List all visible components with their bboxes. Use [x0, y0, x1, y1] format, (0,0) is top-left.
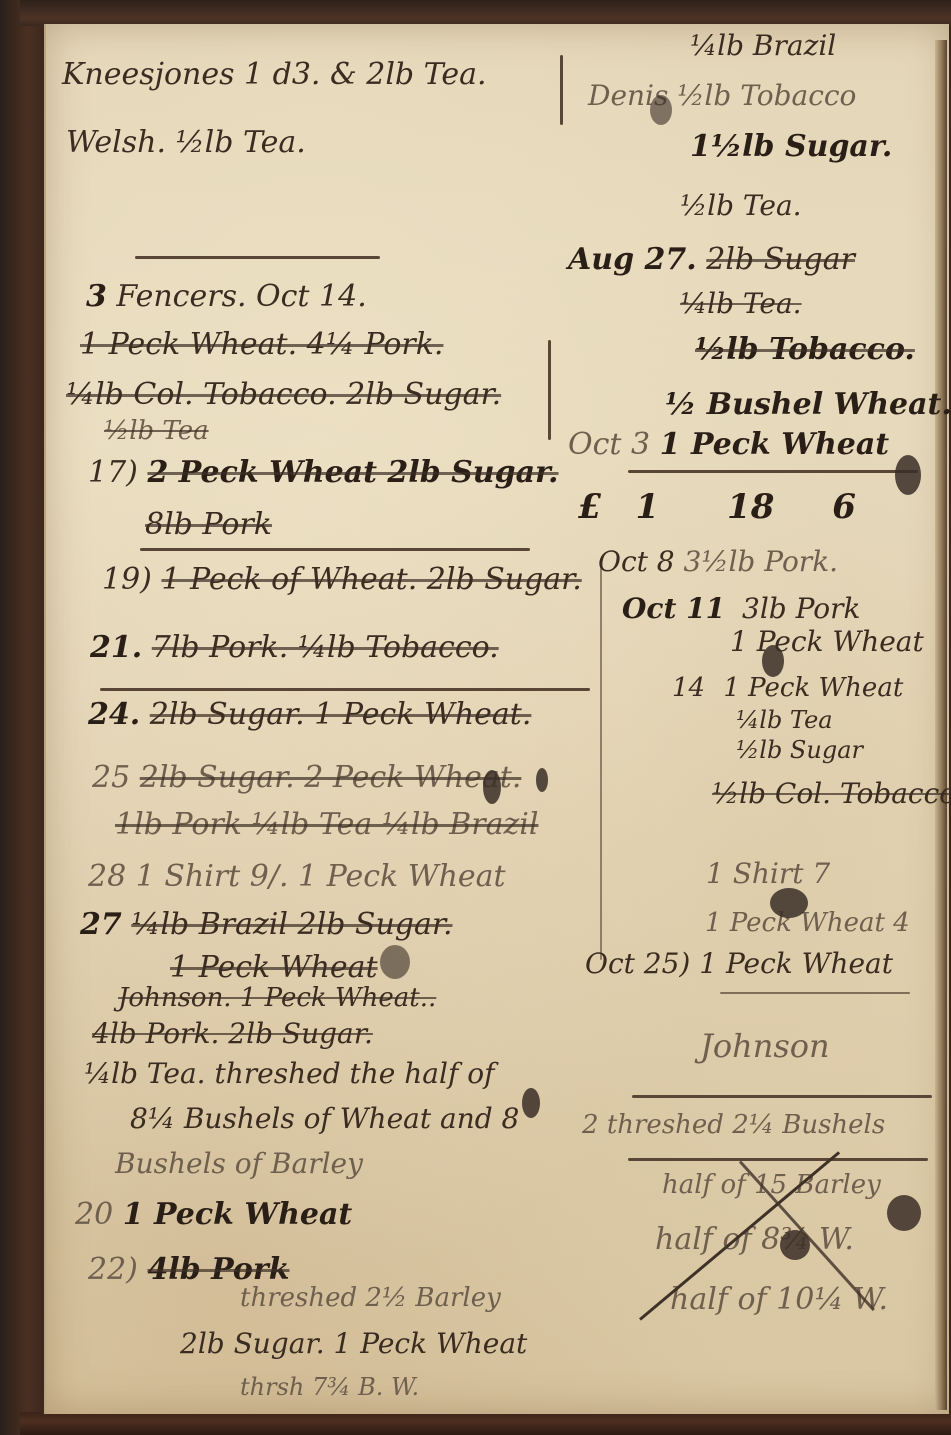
entry-text: 2 Peck Wheat 2lb Sugar. [147, 455, 558, 490]
entry-rule [628, 1158, 928, 1161]
ink-blot [380, 945, 410, 979]
column-divider [600, 560, 602, 960]
entry: Oct 25) 1 Peck Wheat [585, 950, 893, 978]
entry: 14 1 Peck Wheat [672, 675, 903, 701]
entry-text: ¼lb Brazil 2lb Sugar. [131, 907, 452, 942]
entry-date: 20 [75, 1197, 113, 1232]
entry-date: Oct 11 [622, 592, 725, 625]
ink-blot [483, 770, 501, 804]
entry: ½ Bushel Wheat. [665, 390, 951, 420]
entry: Aug 27. 2lb Sugar [568, 245, 855, 275]
ink-blot [895, 455, 921, 495]
entry: 1 Peck Wheat 4 [705, 910, 910, 936]
entry: half of 8¾ W. [655, 1225, 854, 1255]
entry: ¼lb Col. Tobacco. 2lb Sugar. [66, 380, 501, 410]
entry-text: 3lb Pork [742, 592, 861, 625]
total-pounds: 1 [636, 487, 660, 527]
entry: 28 1 Shirt 9/. 1 Peck Wheat [88, 862, 506, 892]
entry-date: 14 [672, 673, 705, 703]
entry-text: 2lb Sugar [706, 242, 855, 277]
entry-text: 3½lb Pork. [684, 545, 839, 578]
entry-date: 24. [88, 697, 140, 732]
entry-text: 1 Shirt 9/. 1 Peck Wheat [136, 859, 506, 894]
entry: 4lb Pork. 2lb Sugar. [92, 1020, 373, 1048]
header-divider [560, 55, 563, 125]
entry: 25 2lb Sugar. 2 Peck Wheat. [92, 763, 521, 793]
entry-text: 1 Peck Wheat [723, 673, 903, 703]
column-divider [548, 340, 551, 440]
entry-date: 28 [88, 859, 126, 894]
page-gutter [935, 40, 947, 1410]
entry-date: 2 [582, 1110, 599, 1140]
ink-blot [536, 768, 548, 792]
entry: 19) 1 Peck of Wheat. 2lb Sugar. [102, 565, 582, 595]
entry: 22) 4lb Pork [88, 1255, 289, 1285]
entry-date: 3 [86, 279, 107, 314]
entry: 1 Shirt 7 [706, 860, 830, 888]
header-line: Kneesjones 1 d3. & 2lb Tea. [62, 60, 487, 90]
entry: Oct 3 1 Peck Wheat [568, 430, 889, 460]
entry: threshed 2½ Barley [240, 1285, 501, 1311]
entry-rule [720, 992, 910, 994]
entry-text: 1 Peck Wheat [123, 1197, 353, 1232]
entry: 1lb Pork ¼lb Tea ¼lb Brazil [115, 810, 538, 840]
ink-blot [762, 645, 784, 677]
entry-date: 27 [80, 907, 122, 942]
entry-date: 22) [88, 1252, 138, 1287]
entry-text: 4lb Pork [147, 1252, 289, 1287]
total-currency: £ [578, 487, 602, 527]
cover-top-edge [20, 0, 951, 26]
entry-text: 2lb Sugar. 2 Peck Wheat. [140, 760, 522, 795]
entry: ½lb Sugar [736, 738, 863, 762]
entry: 2lb Sugar. 1 Peck Wheat [180, 1330, 527, 1358]
ink-blot [887, 1195, 921, 1231]
entry-date: 17) [88, 455, 138, 490]
entry: 1 Peck Wheat [170, 953, 378, 983]
entry-date: 19) [102, 562, 152, 597]
total-shillings: 18 [727, 487, 774, 527]
entry: 1 Peck Wheat [730, 628, 924, 656]
entry: ¼lb Tea [736, 708, 833, 732]
entry: ½lb Tea [104, 418, 209, 444]
total-rule [628, 470, 918, 473]
entry-text: 1 Peck of Wheat. 2lb Sugar. [161, 562, 581, 597]
entry-date: Oct 8 [598, 545, 675, 578]
ink-blot [770, 888, 808, 918]
entry: ½lb Col. Tobacco [712, 780, 951, 808]
section-rule [135, 256, 380, 259]
entry: 21. 7lb Pork. ¼lb Tobacco. [90, 633, 499, 663]
entry-text: 2lb Sugar. 1 Peck Wheat. [150, 697, 532, 732]
entry: 2 threshed 2¼ Bushels [582, 1112, 885, 1138]
entry: ½lb Tobacco. [695, 335, 915, 365]
ink-blot [650, 95, 672, 125]
entry: ¼lb Tea. threshed the half of [84, 1060, 494, 1088]
entry-text: Fencers. Oct 14. [116, 279, 366, 314]
entry-rule [632, 1095, 932, 1098]
entry: ¼lb Tea. [680, 290, 802, 318]
entry: Johnson. 1 Peck Wheat.. [118, 985, 436, 1011]
entry-text: 1 Peck Wheat [699, 947, 893, 980]
ink-blot [780, 1230, 810, 1260]
entry-text: 7lb Pork. ¼lb Tobacco. [152, 630, 499, 665]
entry: 3 Fencers. Oct 14. [86, 282, 367, 312]
entry-date: Aug 27. [568, 242, 697, 277]
entry: ¼lb Brazil [690, 32, 836, 60]
entry: 17) 2 Peck Wheat 2lb Sugar. [88, 458, 559, 488]
total-pence: 6 [832, 487, 856, 527]
entry: 20 1 Peck Wheat [75, 1200, 352, 1230]
entry-text: 1 Peck Wheat [660, 427, 890, 462]
entry: thrsh 7¾ B. W. [240, 1375, 419, 1399]
entry-date: Oct 3 [568, 427, 650, 462]
entry: Oct 8 3½lb Pork. [598, 548, 838, 576]
entry: Oct 11 3lb Pork [622, 595, 861, 623]
ink-blot [522, 1088, 540, 1118]
entry-rule [140, 548, 530, 551]
entry: 1 Peck Wheat. 4¼ Pork. [80, 330, 443, 360]
entry-rule [100, 688, 590, 691]
header-line: Welsh. ½lb Tea. [66, 128, 306, 158]
entry-text: threshed 2¼ Bushels [607, 1110, 885, 1140]
entry-date: Oct 25) [585, 947, 690, 980]
entry: 24. 2lb Sugar. 1 Peck Wheat. [88, 700, 531, 730]
entry: 27 ¼lb Brazil 2lb Sugar. [80, 910, 452, 940]
entry: Denis ½lb Tobacco [588, 82, 856, 110]
entry-date: 25 [92, 760, 130, 795]
entry-date: 21. [90, 630, 142, 665]
entry: 8¼ Bushels of Wheat and 8 [130, 1105, 519, 1133]
cover-bottom-edge [20, 1412, 951, 1435]
entry: 1½lb Sugar. [690, 132, 892, 162]
entry-text: ½lb Tobacco [677, 79, 856, 112]
total-row: £ 1 18 6 [578, 490, 856, 524]
entry: ½lb Tea. [680, 192, 802, 220]
entry: 8lb Pork [145, 510, 272, 540]
entry: Bushels of Barley [115, 1150, 363, 1178]
entry: Johnson [700, 1030, 830, 1062]
